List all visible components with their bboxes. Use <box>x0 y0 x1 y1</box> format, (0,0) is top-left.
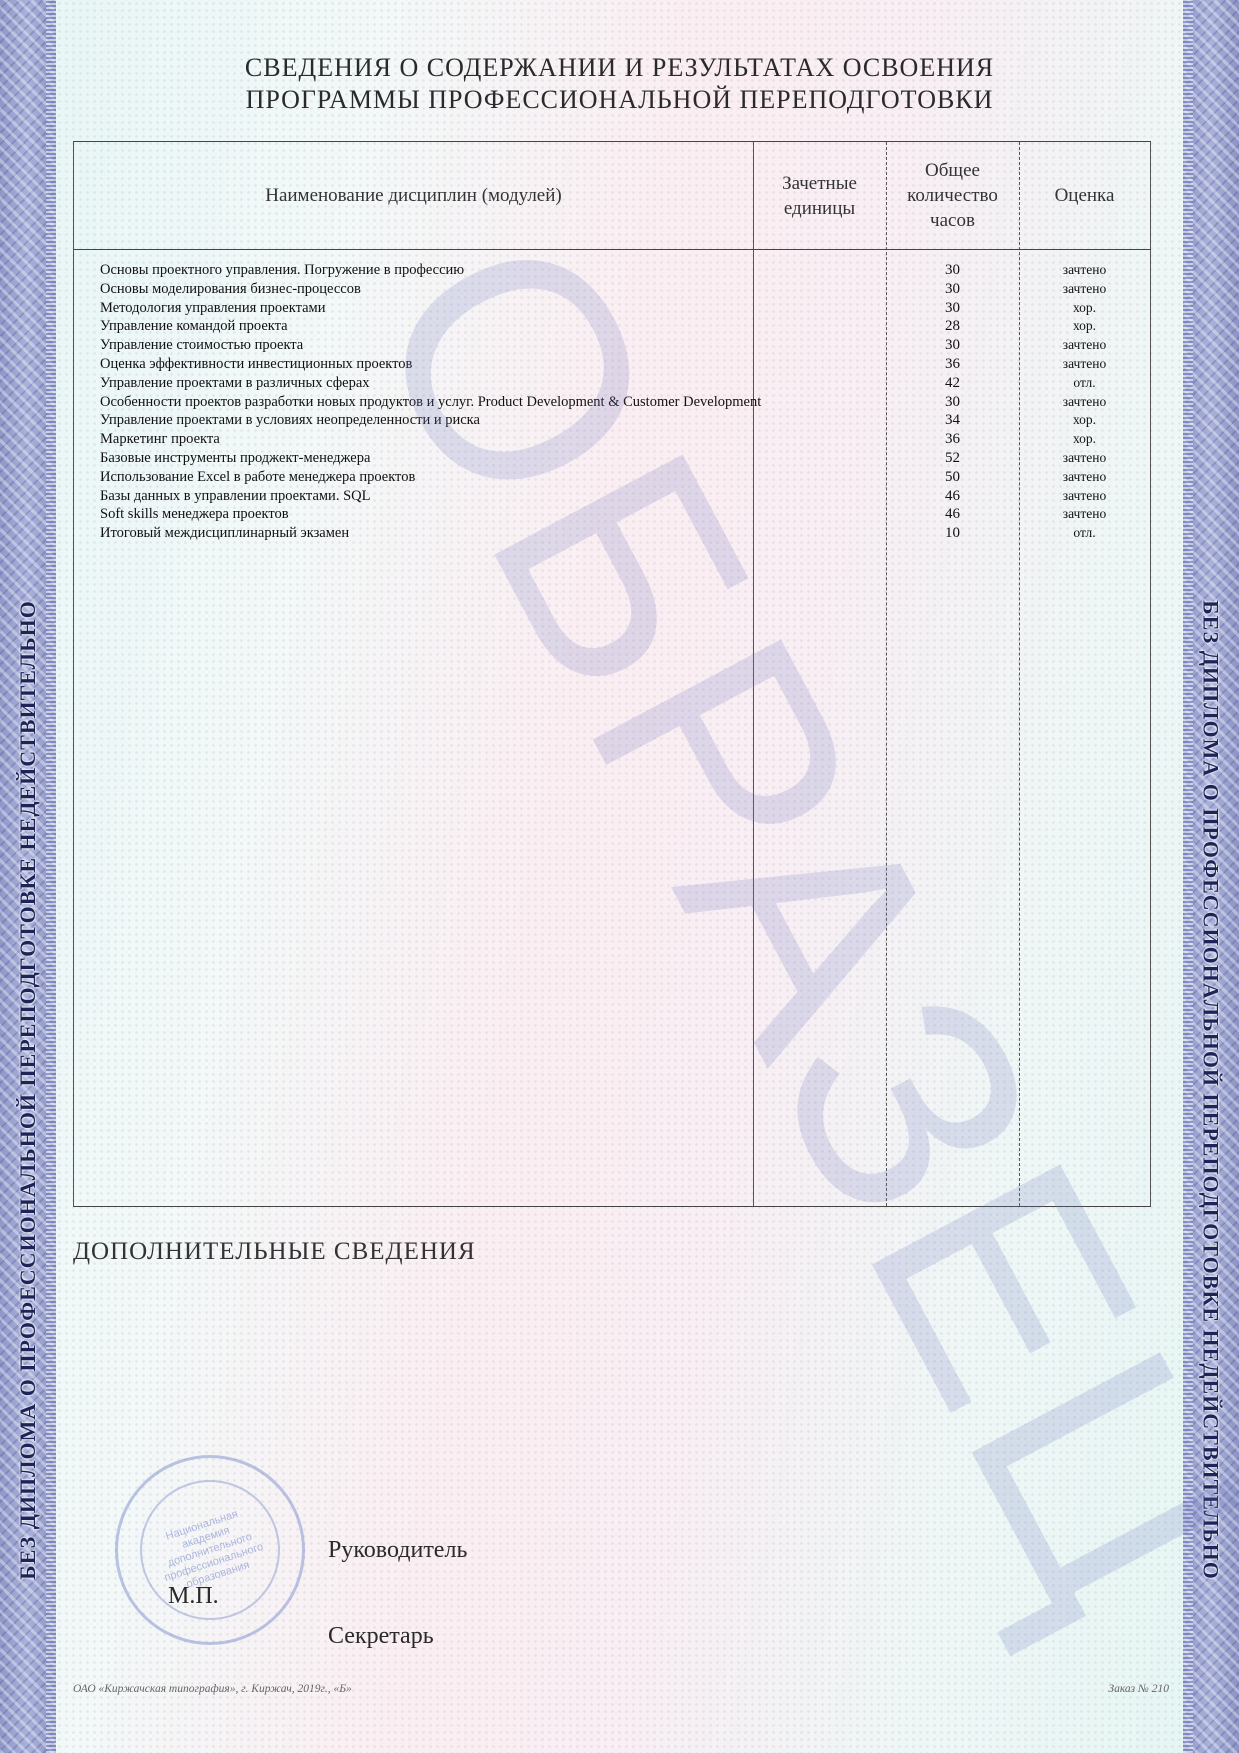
header-units-line1: Зачетные <box>782 173 857 194</box>
table-row: Управление проектами в условиях неопреде… <box>74 411 1151 430</box>
discipline-name: Маркетинг проекта <box>100 430 220 449</box>
grade-value: хор. <box>1019 317 1150 336</box>
table-row: Основы проектного управления. Погружение… <box>74 261 1151 280</box>
order-number: Заказ № 210 <box>1108 1683 1169 1695</box>
side-text-right: БЕЗ ДИПЛОМА О ПРОФЕССИОНАЛЬНОЙ ПЕРЕПОДГО… <box>1198 600 1224 1580</box>
grade-value: зачтено <box>1019 487 1150 506</box>
grade-value: зачтено <box>1019 280 1150 299</box>
discipline-name: Использование Excel в работе менеджера п… <box>100 468 415 487</box>
table-row: Особенности проектов разработки новых пр… <box>74 393 1151 412</box>
discipline-name: Оценка эффективности инвестиционных прое… <box>100 355 412 374</box>
hours-value: 10 <box>886 524 1019 543</box>
grade-value: зачтено <box>1019 449 1150 468</box>
hours-value: 28 <box>886 317 1019 336</box>
table-row: Управление стоимостью проекта30зачтено <box>74 336 1151 355</box>
grade-value: зачтено <box>1019 355 1150 374</box>
table-row: Базовые инструменты проджект-менеджера52… <box>74 449 1151 468</box>
hours-value: 52 <box>886 449 1019 468</box>
hours-value: 42 <box>886 374 1019 393</box>
grade-value: зачтено <box>1019 468 1150 487</box>
hours-value: 46 <box>886 487 1019 506</box>
printer-info: ОАО «Киржачская типография», г. Киржач, … <box>73 1683 352 1695</box>
table-body: Основы проектного управления. Погружение… <box>74 261 1151 543</box>
page-title: СВЕДЕНИЯ О СОДЕРЖАНИИ И РЕЗУЛЬТАТАХ ОСВО… <box>0 52 1239 116</box>
header-discipline-name: Наименование дисциплин (модулей) <box>74 142 753 249</box>
header-credit-units: Зачетныеединицы <box>753 142 886 249</box>
grade-value: хор. <box>1019 411 1150 430</box>
table-row: Soft skills менеджера проектов46зачтено <box>74 505 1151 524</box>
header-units-line2: единицы <box>784 198 855 219</box>
side-text-left: БЕЗ ДИПЛОМА О ПРОФЕССИОНАЛЬНОЙ ПЕРЕПОДГО… <box>15 600 41 1580</box>
disciplines-table: Наименование дисциплин (модулей) Зачетны… <box>73 141 1151 1207</box>
discipline-name: Методология управления проектами <box>100 299 326 318</box>
header-hours-line1: Общее <box>925 160 980 181</box>
header-hours-line3: часов <box>930 210 975 231</box>
discipline-name: Особенности проектов разработки новых пр… <box>100 393 761 412</box>
discipline-name: Основы проектного управления. Погружение… <box>100 261 464 280</box>
table-row: Маркетинг проекта36хор. <box>74 430 1151 449</box>
grade-value: зачтено <box>1019 393 1150 412</box>
signature-head-label: Руководитель <box>328 1537 467 1564</box>
table-row: Итоговый междисциплинарный экзамен10отл. <box>74 524 1151 543</box>
table-header: Наименование дисциплин (модулей) Зачетны… <box>74 142 1151 250</box>
table-row: Оценка эффективности инвестиционных прое… <box>74 355 1151 374</box>
discipline-name: Управление проектами в условиях неопреде… <box>100 411 480 430</box>
hours-value: 34 <box>886 411 1019 430</box>
discipline-name: Soft skills менеджера проектов <box>100 505 289 524</box>
header-total-hours: Общееколичествочасов <box>886 142 1019 249</box>
discipline-name: Основы моделирования бизнес-процессов <box>100 280 361 299</box>
title-line-1: СВЕДЕНИЯ О СОДЕРЖАНИИ И РЕЗУЛЬТАТАХ ОСВО… <box>0 52 1239 84</box>
grade-value: зачтено <box>1019 336 1150 355</box>
signature-secretary-label: Секретарь <box>328 1623 434 1650</box>
grade-value: отл. <box>1019 524 1150 543</box>
header-hours-line2: количество <box>907 185 998 206</box>
grade-value: зачтено <box>1019 261 1150 280</box>
discipline-name: Управление проектами в различных сферах <box>100 374 370 393</box>
hours-value: 36 <box>886 430 1019 449</box>
grade-value: хор. <box>1019 430 1150 449</box>
hours-value: 46 <box>886 505 1019 524</box>
table-row: Базы данных в управлении проектами. SQL4… <box>74 487 1151 506</box>
discipline-name: Базы данных в управлении проектами. SQL <box>100 487 370 506</box>
grade-value: отл. <box>1019 374 1150 393</box>
title-line-2: ПРОГРАММЫ ПРОФЕССИОНАЛЬНОЙ ПЕРЕПОДГОТОВК… <box>0 84 1239 116</box>
header-grade: Оценка <box>1019 142 1150 249</box>
discipline-name: Итоговый междисциплинарный экзамен <box>100 524 349 543</box>
official-stamp: Национальная академия дополнительного пр… <box>115 1455 305 1645</box>
grade-value: зачтено <box>1019 505 1150 524</box>
hours-value: 30 <box>886 280 1019 299</box>
table-row: Управление проектами в различных сферах4… <box>74 374 1151 393</box>
table-row: Основы моделирования бизнес-процессов30з… <box>74 280 1151 299</box>
stamp-place-label: М.П. <box>168 1583 219 1610</box>
discipline-name: Управление стоимостью проекта <box>100 336 303 355</box>
hours-value: 36 <box>886 355 1019 374</box>
table-row: Управление командой проекта28хор. <box>74 317 1151 336</box>
additional-info-heading: ДОПОЛНИТЕЛЬНЫЕ СВЕДЕНИЯ <box>73 1238 476 1266</box>
hours-value: 30 <box>886 261 1019 280</box>
hours-value: 30 <box>886 299 1019 318</box>
hours-value: 30 <box>886 393 1019 412</box>
table-row: Методология управления проектами30хор. <box>74 299 1151 318</box>
discipline-name: Базовые инструменты проджект-менеджера <box>100 449 370 468</box>
discipline-name: Управление командой проекта <box>100 317 288 336</box>
table-row: Использование Excel в работе менеджера п… <box>74 468 1151 487</box>
hours-value: 30 <box>886 336 1019 355</box>
hours-value: 50 <box>886 468 1019 487</box>
grade-value: хор. <box>1019 299 1150 318</box>
